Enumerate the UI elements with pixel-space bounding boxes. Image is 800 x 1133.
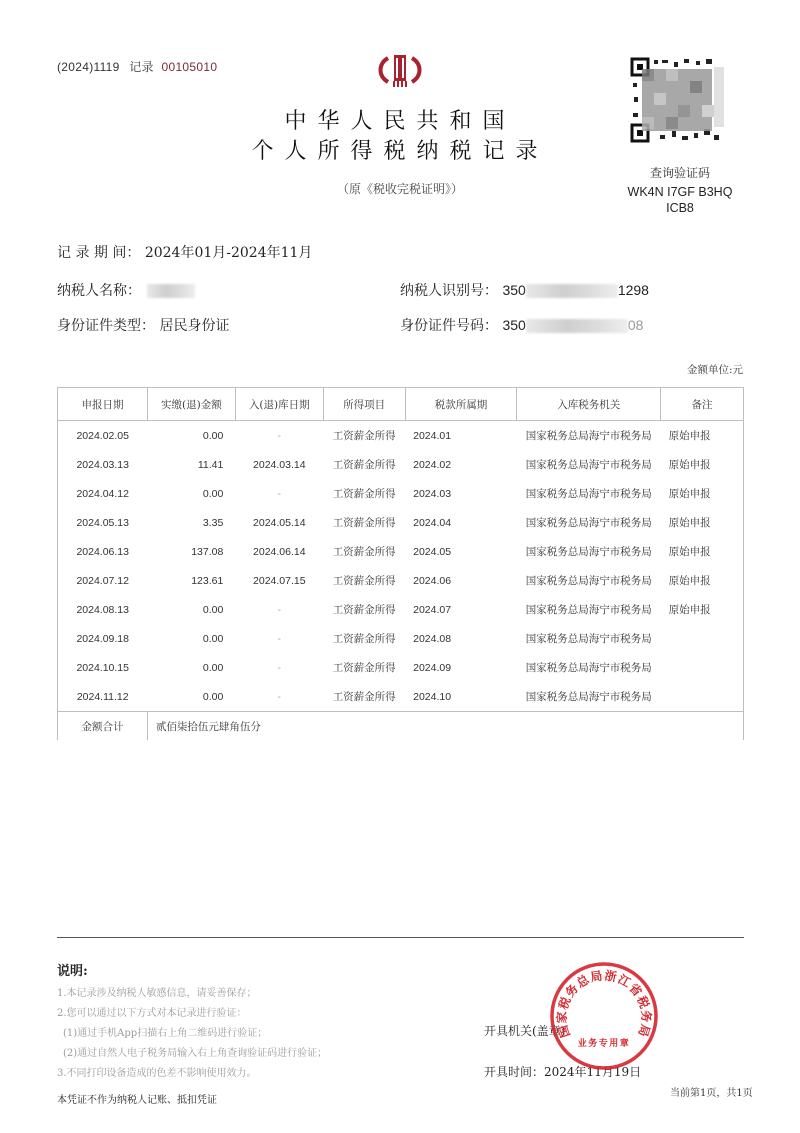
cell-tax-period: 2024.10 xyxy=(405,682,517,712)
cell-authority: 国家税务总局海宁市税务局 xyxy=(517,682,661,712)
id-number-suffix: 08 xyxy=(628,317,644,333)
cell-remark xyxy=(661,624,744,653)
cell-remark: 原始申报 xyxy=(661,508,744,537)
note-item: (2)通过自然人电子税务局输入右上角查询验证码进行验证； xyxy=(63,1044,327,1059)
cell-declare-date: 2024.06.13 xyxy=(58,537,148,566)
id-type: 身份证件类型： 居民身份证 xyxy=(57,315,229,335)
id-number-label: 身份证件号码： xyxy=(400,318,498,334)
col-storage-date: 入(退)库日期 xyxy=(235,388,323,421)
col-tax-period: 税款所属期 xyxy=(405,388,517,421)
taxpayer-name-label: 纳税人名称： xyxy=(57,283,141,299)
cell-amount: 0.00 xyxy=(147,653,235,682)
cell-amount: 3.35 xyxy=(147,508,235,537)
taxpayer-name: 纳税人名称： xyxy=(57,280,195,300)
cell-declare-date: 2024.03.13 xyxy=(58,450,148,479)
col-authority: 入库税务机关 xyxy=(517,388,661,421)
cell-tax-period: 2024.09 xyxy=(405,653,517,682)
note-item: 2.您可以通过以下方式对本记录进行验证： xyxy=(57,1004,247,1019)
cell-amount: 137.08 xyxy=(147,537,235,566)
col-amount: 实缴(退)金额 xyxy=(147,388,235,421)
cell-remark: 原始申报 xyxy=(661,421,744,451)
issue-date-label: 开具时间： xyxy=(484,1065,544,1079)
cell-storage-date: - xyxy=(235,479,323,508)
cell-storage-date: 2024.07.15 xyxy=(235,566,323,595)
cell-declare-date: 2024.07.12 xyxy=(58,566,148,595)
cell-storage-date: - xyxy=(235,624,323,653)
verification-code-line1: WK4N I7GF B3HQ xyxy=(610,184,750,200)
cell-tax-period: 2024.07 xyxy=(405,595,517,624)
cell-amount: 0.00 xyxy=(147,421,235,451)
table-row: 2024.09.180.00-工资薪金所得2024.08国家税务总局海宁市税务局 xyxy=(58,624,744,653)
table-row: 2024.07.12123.612024.07.15工资薪金所得2024.06国… xyxy=(58,566,744,595)
redacted-id-number xyxy=(526,319,628,333)
notes-heading: 说明: xyxy=(57,960,88,979)
tax-record-table: 申报日期 实缴(退)金额 入(退)库日期 所得项目 税款所属期 入库税务机关 备… xyxy=(57,387,744,740)
cell-amount: 0.00 xyxy=(147,624,235,653)
cell-amount: 0.00 xyxy=(147,682,235,712)
cell-authority: 国家税务总局海宁市税务局 xyxy=(517,624,661,653)
cell-amount: 11.41 xyxy=(147,450,235,479)
cell-remark: 原始申报 xyxy=(661,537,744,566)
id-type-value: 居民身份证 xyxy=(159,318,229,334)
cell-tax-period: 2024.02 xyxy=(405,450,517,479)
verification-code: WK4N I7GF B3HQ ICB8 xyxy=(610,184,750,216)
cell-declare-date: 2024.04.12 xyxy=(58,479,148,508)
cell-storage-date: 2024.03.14 xyxy=(235,450,323,479)
note-item: 3.不同打印设备造成的色差不影响使用效力。 xyxy=(57,1064,257,1079)
cell-income-item: 工资薪金所得 xyxy=(323,682,405,712)
cell-income-item: 工资薪金所得 xyxy=(323,595,405,624)
taxpayer-id-label: 纳税人识别号： xyxy=(400,283,498,299)
cell-remark: 原始申报 xyxy=(661,479,744,508)
taxpayer-id-suffix: 1298 xyxy=(618,282,649,298)
table-row: 2024.06.13137.082024.06.14工资薪金所得2024.05国… xyxy=(58,537,744,566)
cell-authority: 国家税务总局海宁市税务局 xyxy=(517,537,661,566)
table-row: 2024.03.1311.412024.03.14工资薪金所得2024.02国家… xyxy=(58,450,744,479)
cell-authority: 国家税务总局海宁市税务局 xyxy=(517,421,661,451)
cell-amount: 0.00 xyxy=(147,595,235,624)
svg-text:业务专用章: 业务专用章 xyxy=(578,1037,631,1049)
verification-code-line2: ICB8 xyxy=(610,200,750,216)
total-label: 金额合计 xyxy=(58,712,148,741)
cell-income-item: 工资薪金所得 xyxy=(323,566,405,595)
doc-number: (2024)1119 xyxy=(57,60,120,74)
cell-declare-date: 2024.05.13 xyxy=(58,508,148,537)
cell-declare-date: 2024.11.12 xyxy=(58,682,148,712)
table-row: 2024.08.130.00-工资薪金所得2024.07国家税务总局海宁市税务局… xyxy=(58,595,744,624)
record-period-value: 2024年01月-2024年11月 xyxy=(145,245,313,261)
cell-remark: 原始申报 xyxy=(661,566,744,595)
cell-authority: 国家税务总局海宁市税务局 xyxy=(517,450,661,479)
cell-income-item: 工资薪金所得 xyxy=(323,450,405,479)
cell-declare-date: 2024.09.18 xyxy=(58,624,148,653)
record-period-label: 记 录 期 间： xyxy=(57,245,140,261)
table-row: 2024.04.120.00-工资薪金所得2024.03国家税务总局海宁市税务局… xyxy=(58,479,744,508)
cell-storage-date: - xyxy=(235,421,323,451)
cell-income-item: 工资薪金所得 xyxy=(323,421,405,451)
cell-tax-period: 2024.08 xyxy=(405,624,517,653)
redacted-taxpayer-id xyxy=(526,284,618,298)
col-declare-date: 申报日期 xyxy=(58,388,148,421)
amount-unit-note: 金额单位:元 xyxy=(687,362,743,377)
cell-declare-date: 2024.08.13 xyxy=(58,595,148,624)
table-header-row: 申报日期 实缴(退)金额 入(退)库日期 所得项目 税款所属期 入库税务机关 备… xyxy=(58,388,744,421)
cell-authority: 国家税务总局海宁市税务局 xyxy=(517,653,661,682)
cell-authority: 国家税务总局海宁市税务局 xyxy=(517,508,661,537)
cell-remark xyxy=(661,682,744,712)
id-number: 身份证件号码： 35008 xyxy=(400,315,643,335)
voucher-disclaimer: 本凭证不作为纳税人记账、抵扣凭证 xyxy=(57,1091,217,1106)
cell-storage-date: - xyxy=(235,595,323,624)
cell-tax-period: 2024.04 xyxy=(405,508,517,537)
cell-income-item: 工资薪金所得 xyxy=(323,624,405,653)
tax-bureau-emblem-icon xyxy=(376,52,424,88)
col-remark: 备注 xyxy=(661,388,744,421)
official-seal-icon: 国家税务总局浙江省税务局 业务专用章 xyxy=(548,960,660,1072)
cell-authority: 国家税务总局海宁市税务局 xyxy=(517,479,661,508)
total-amount-in-words: 贰佰柒拾伍元肆角伍分 xyxy=(147,712,743,741)
table-row: 2024.02.050.00-工资薪金所得2024.01国家税务总局海宁市税务局… xyxy=(58,421,744,451)
cell-income-item: 工资薪金所得 xyxy=(323,508,405,537)
page-info: 当前第1页，共1页 xyxy=(670,1084,753,1099)
cell-storage-date: - xyxy=(235,653,323,682)
cell-amount: 123.61 xyxy=(147,566,235,595)
col-income-item: 所得项目 xyxy=(323,388,405,421)
cell-declare-date: 2024.10.15 xyxy=(58,653,148,682)
table-total-row: 金额合计贰佰柒拾伍元肆角伍分 xyxy=(58,712,744,741)
id-type-label: 身份证件类型： xyxy=(57,318,155,334)
cell-tax-period: 2024.06 xyxy=(405,566,517,595)
cell-income-item: 工资薪金所得 xyxy=(323,479,405,508)
cell-declare-date: 2024.02.05 xyxy=(58,421,148,451)
id-number-prefix: 350 xyxy=(502,317,525,333)
table-row: 2024.05.133.352024.05.14工资薪金所得2024.04国家税… xyxy=(58,508,744,537)
cell-storage-date: 2024.05.14 xyxy=(235,508,323,537)
cell-amount: 0.00 xyxy=(147,479,235,508)
note-item: 1.本记录涉及纳税人敏感信息，请妥善保存； xyxy=(57,984,257,999)
cell-tax-period: 2024.05 xyxy=(405,537,517,566)
cell-authority: 国家税务总局海宁市税务局 xyxy=(517,595,661,624)
cell-income-item: 工资薪金所得 xyxy=(323,653,405,682)
cell-remark: 原始申报 xyxy=(661,595,744,624)
taxpayer-id: 纳税人识别号： 3501298 xyxy=(400,280,649,300)
table-row: 2024.10.150.00-工资薪金所得2024.09国家税务总局海宁市税务局 xyxy=(58,653,744,682)
cell-authority: 国家税务总局海宁市税务局 xyxy=(517,566,661,595)
document-number: (2024)1119 记录 00105010 xyxy=(57,58,217,75)
taxpayer-id-prefix: 350 xyxy=(502,282,525,298)
redacted-name xyxy=(147,284,195,298)
cell-storage-date: 2024.06.14 xyxy=(235,537,323,566)
verification-code-label: 查询验证码 xyxy=(620,164,740,181)
qr-code-icon xyxy=(630,57,724,143)
cell-storage-date: - xyxy=(235,682,323,712)
cell-income-item: 工资薪金所得 xyxy=(323,537,405,566)
divider xyxy=(57,937,744,938)
cell-remark: 原始申报 xyxy=(661,450,744,479)
record-label: 记录 xyxy=(129,60,154,74)
cell-remark xyxy=(661,653,744,682)
cell-tax-period: 2024.01 xyxy=(405,421,517,451)
record-number: 00105010 xyxy=(162,60,218,74)
note-item: (1)通过手机App扫描右上角二维码进行验证； xyxy=(63,1024,267,1039)
record-period: 记 录 期 间： 2024年01月-2024年11月 xyxy=(57,242,312,262)
cell-tax-period: 2024.03 xyxy=(405,479,517,508)
table-row: 2024.11.120.00-工资薪金所得2024.10国家税务总局海宁市税务局 xyxy=(58,682,744,712)
